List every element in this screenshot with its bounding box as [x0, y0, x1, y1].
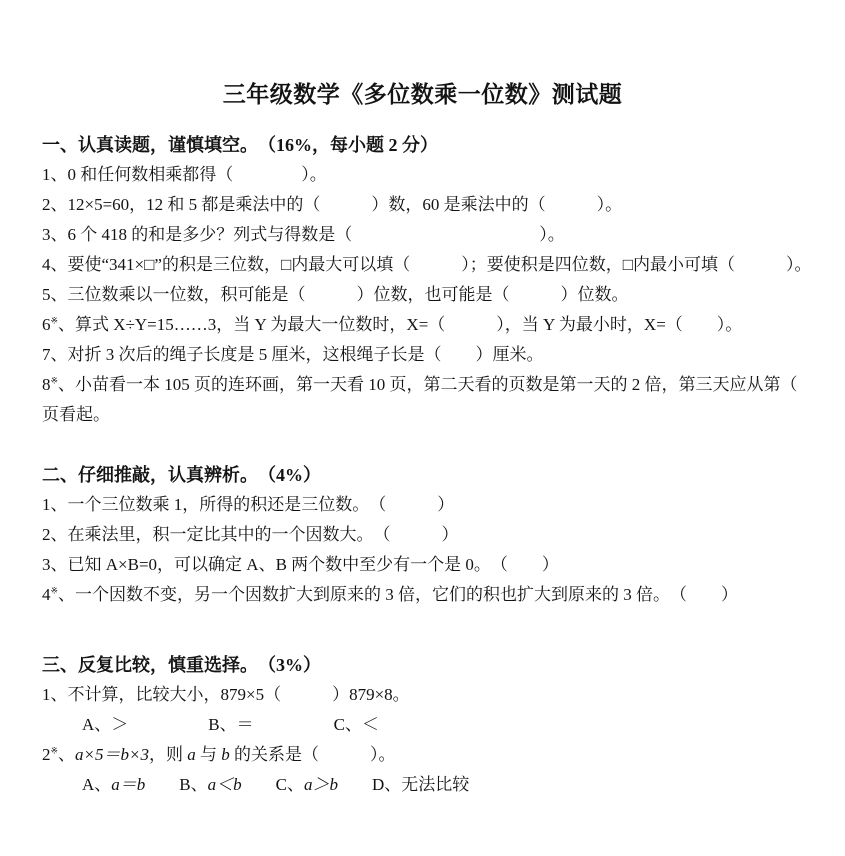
- question-text: 、算式 X÷Y=15……3，当 Y 为最大一位数时，X=（ ），当 Y 为最小时…: [58, 315, 742, 334]
- question-text: 、一个因数不变，另一个因数扩大到原来的 3 倍，它们的积也扩大到原来的 3 倍。…: [58, 585, 738, 604]
- option-c: C、a＞b: [276, 775, 338, 794]
- question-number: 4: [42, 585, 51, 604]
- question-3-1-options: A、＞B、＝C、＜: [42, 710, 835, 740]
- option-label: A、: [82, 775, 111, 794]
- section-3-heading: 三、反复比较，慎重选择。 （3%）: [42, 650, 835, 680]
- question-text: 与: [196, 745, 222, 764]
- question-2-1: 1、一个三位数乘 1，所得的积还是三位数。 （ ）: [42, 490, 835, 520]
- star-mark: ※: [51, 375, 59, 385]
- section-true-false: 二、仔细推敲，认真辨析。 （4%） 1、一个三位数乘 1，所得的积还是三位数。 …: [42, 460, 835, 610]
- star-mark: ※: [51, 315, 59, 325]
- question-2-2: 2、在乘法里，积一定比其中的一个因数大。 （ ）: [42, 520, 835, 550]
- question-1-8-continuation: 页看起。: [42, 400, 835, 430]
- question-text: 、小苗看一本 105 页的连环画，第一天看 10 页，第二天看的页数是第一天的 …: [58, 375, 845, 394]
- variable-a: a: [187, 745, 196, 764]
- equation: a×5＝b×3: [75, 745, 149, 764]
- question-number: 8: [42, 375, 51, 394]
- option-a: A、a＝b: [82, 775, 145, 794]
- option-b: B、a＜b: [179, 775, 241, 794]
- question-text: ，则: [149, 745, 187, 764]
- option-b: B、＝: [208, 715, 253, 734]
- question-1-7: 7、对折 3 次后的绳子长度是 5 厘米，这根绳子长是（ ）厘米。: [42, 340, 835, 370]
- option-c: C、＜: [334, 715, 379, 734]
- question-3-2: 2※、a×5＝b×3，则 a 与 b 的关系是（ ）。: [42, 740, 835, 770]
- question-1-1: 1、0 和任何数相乘都得（ ）。: [42, 160, 835, 190]
- option-value: a＞b: [304, 775, 338, 794]
- option-label: B、: [179, 775, 207, 794]
- section-2-heading: 二、仔细推敲，认真辨析。 （4%）: [42, 460, 835, 490]
- question-1-6: 6※、算式 X÷Y=15……3，当 Y 为最大一位数时，X=（ ），当 Y 为最…: [42, 310, 835, 340]
- question-1-8: 8※、小苗看一本 105 页的连环画，第一天看 10 页，第二天看的页数是第一天…: [42, 370, 835, 400]
- option-value: a＜b: [208, 775, 242, 794]
- option-label: C、: [276, 775, 304, 794]
- test-paper-page: 三年级数学《多位数乘一位数》测试题 一、认真读题，谨慎填空。 （16%，每小题 …: [0, 0, 845, 856]
- option-label: D、: [372, 775, 401, 794]
- section-multiple-choice: 三、反复比较，慎重选择。 （3%） 1、不计算，比较大小，879×5（ ）879…: [42, 650, 835, 800]
- star-mark: ※: [51, 585, 59, 595]
- option-a: A、＞: [82, 715, 128, 734]
- option-value: 无法比较: [401, 775, 469, 794]
- option-value: a＝b: [111, 775, 145, 794]
- question-1-4: 4、要使“341×□”的积是三位数，□内最大可以填（ ）；要使积是四位数，□内最…: [42, 250, 835, 280]
- question-number: 6: [42, 315, 51, 334]
- question-text: 的关系是（ ）。: [230, 745, 396, 764]
- question-1-3: 3、6 个 418 的和是多少？列式与得数是（ ）。: [42, 220, 835, 250]
- section-fill-in-blanks: 一、认真读题，谨慎填空。 （16%，每小题 2 分） 1、0 和任何数相乘都得（…: [42, 130, 835, 430]
- question-2-3: 3、已知 A×B=0，可以确定 A、B 两个数中至少有一个是 0。 （ ）: [42, 550, 835, 580]
- question-3-1: 1、不计算，比较大小，879×5（ ）879×8。: [42, 680, 835, 710]
- option-d: D、无法比较: [372, 775, 469, 794]
- question-1-2: 2、12×5=60，12 和 5 都是乘法中的（ ）数，60 是乘法中的（ ）。: [42, 190, 835, 220]
- question-separator: 、: [58, 745, 75, 764]
- question-1-5: 5、三位数乘以一位数，积可能是（ ）位数，也可能是（ ）位数。: [42, 280, 835, 310]
- section-1-heading: 一、认真读题，谨慎填空。 （16%，每小题 2 分）: [42, 130, 835, 160]
- page-title: 三年级数学《多位数乘一位数》测试题: [42, 80, 803, 110]
- question-number: 2: [42, 745, 51, 764]
- star-mark: ※: [51, 745, 59, 755]
- question-2-4: 4※、一个因数不变，另一个因数扩大到原来的 3 倍，它们的积也扩大到原来的 3 …: [42, 580, 835, 610]
- variable-b: b: [221, 745, 230, 764]
- question-3-2-options: A、a＝bB、a＜bC、a＞bD、无法比较: [42, 770, 835, 800]
